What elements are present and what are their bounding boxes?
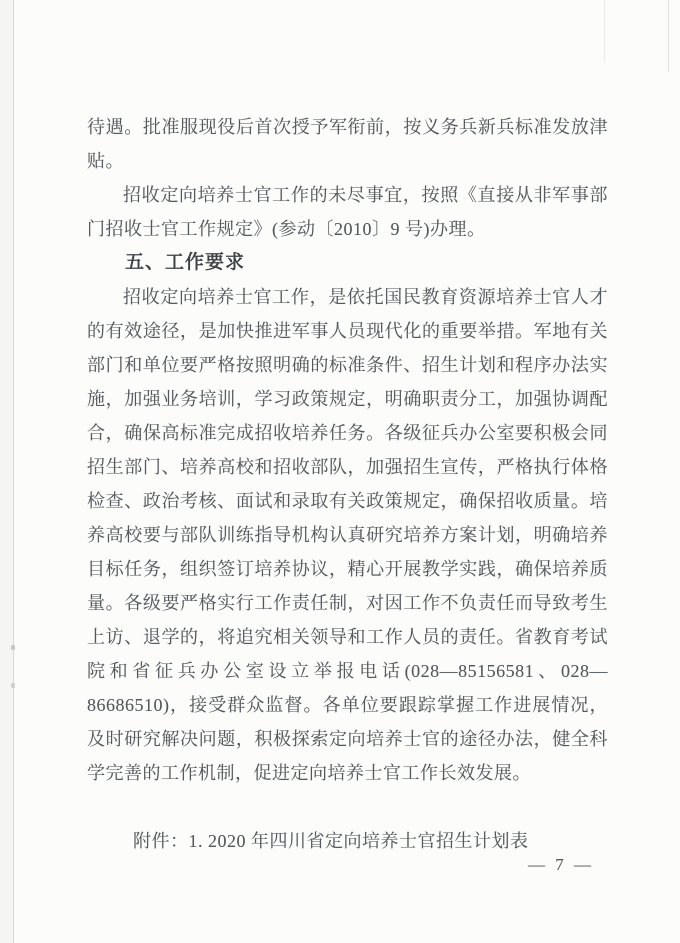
section-heading-work-requirements: 五、工作要求 xyxy=(87,246,608,280)
right-scan-line xyxy=(668,0,669,72)
document-text-column: 待遇。批准服现役后首次授予军衔前，按义务兵新兵标准发放津贴。 招收定向培养士官工… xyxy=(87,110,608,858)
scan-speck xyxy=(11,683,15,688)
paragraph-unfinished-matters: 招收定向培养士官工作的未尽事宜，按照《直接从非军事部门招收士官工作规定》(参动〔… xyxy=(87,178,608,246)
attachment-line: 附件：1. 2020 年四川省定向培养士官招生计划表 xyxy=(87,824,608,858)
scan-speck xyxy=(11,645,15,650)
paragraph-work-requirements-body: 招收定向培养士官工作，是依托国民教育资源培养士官人才的有效途径，是加快推进军事人… xyxy=(87,280,608,790)
paragraph-allowance-continuation: 待遇。批准服现役后首次授予军衔前，按义务兵新兵标准发放津贴。 xyxy=(87,110,608,178)
scanned-document-page: 待遇。批准服现役后首次授予军衔前，按义务兵新兵标准发放津贴。 招收定向培养士官工… xyxy=(0,0,680,943)
left-scan-edge xyxy=(0,0,14,943)
page-number: — 7 — xyxy=(528,855,594,875)
right-scan-line xyxy=(604,0,605,62)
